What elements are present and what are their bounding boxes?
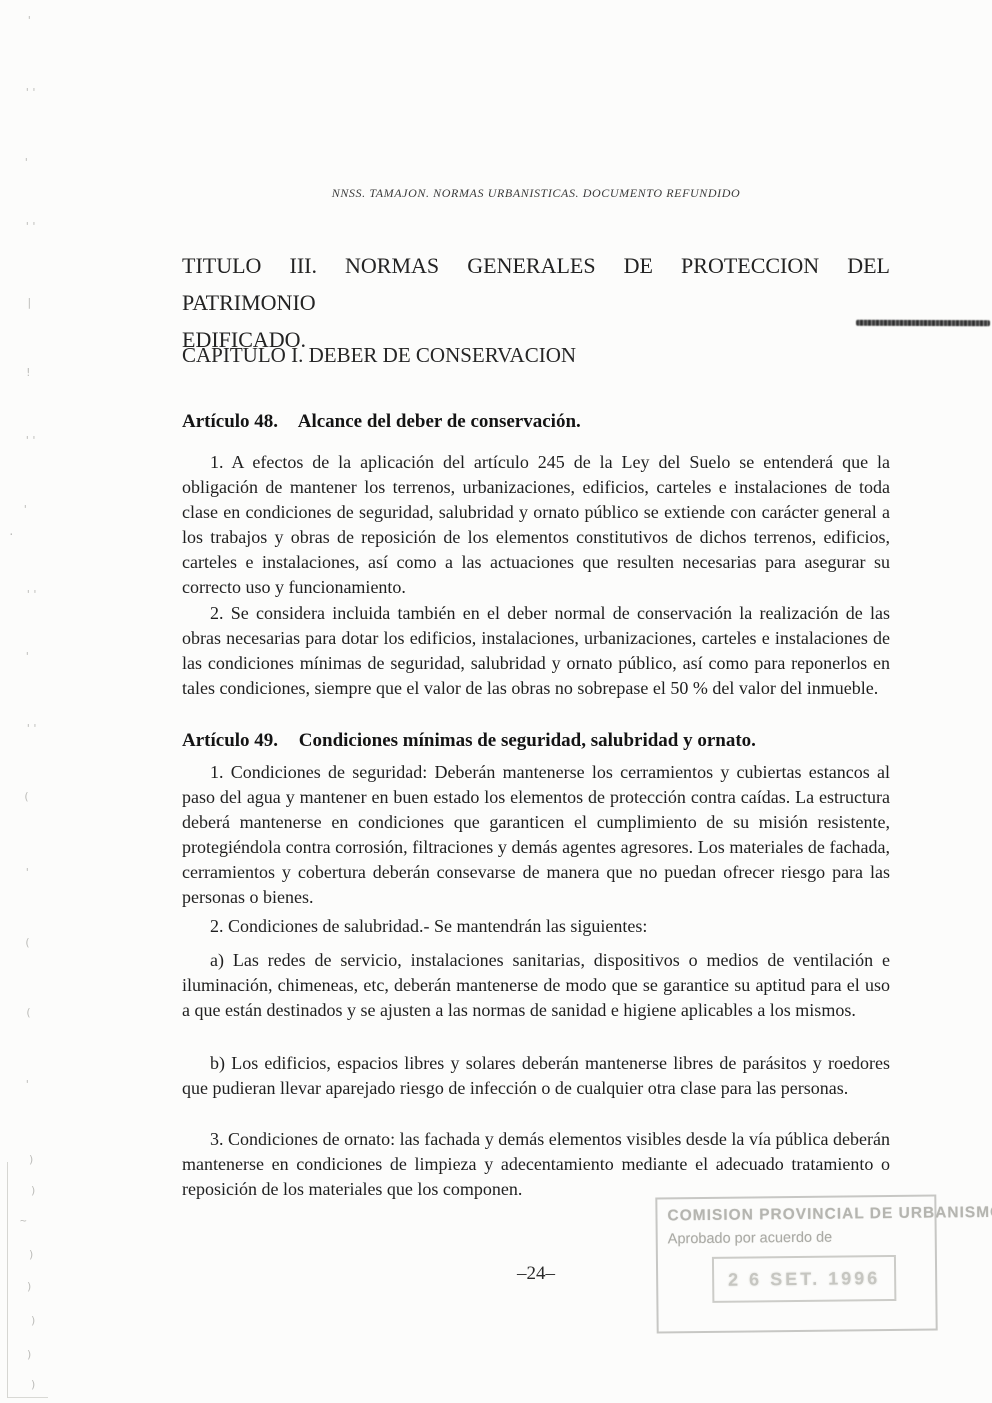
scan-edge-mark: '' xyxy=(24,220,37,233)
scan-edge-mark: | xyxy=(26,296,33,309)
scan-edge-mark: ( xyxy=(24,936,31,949)
article-48-paragraph-1: 1. A efectos de la aplicación del artícu… xyxy=(182,450,890,600)
scan-edge-mark: ! xyxy=(25,366,32,379)
article-49-paragraph-3b: b) Los edificios, espacios libres y sola… xyxy=(182,1051,890,1101)
ink-smudge-artifact xyxy=(856,320,990,326)
document-page: NNSS. TAMAJON. NORMAS URBANISTICAS. DOCU… xyxy=(0,0,992,1403)
scan-edge-mark: . xyxy=(8,525,15,538)
scan-edge-mark: ' xyxy=(22,503,29,516)
stamp-date-box: 2 6 SET. 1996 xyxy=(712,1255,896,1303)
scan-edge-line xyxy=(7,1162,8,1398)
scan-edge-mark: ) xyxy=(26,1348,33,1361)
stamp-title: COMISION PROVINCIAL DE URBANISMO xyxy=(667,1205,934,1226)
scan-edge-mark: ) xyxy=(30,1378,37,1391)
scan-edge-mark: ' xyxy=(23,156,30,169)
article-48-heading: Artículo 48. Alcance del deber de conser… xyxy=(182,411,890,433)
scan-edge-mark: ' xyxy=(24,866,31,879)
scan-edge-mark: ' xyxy=(26,14,33,27)
scan-edge-mark: ( xyxy=(23,790,30,803)
scan-edge-mark: ) xyxy=(26,1280,33,1293)
article-49-paragraph-1: 1. Condiciones de seguridad: Deberán man… xyxy=(182,760,890,910)
scan-edge-mark: ) xyxy=(30,1314,37,1327)
scan-edge-mark: '' xyxy=(25,588,38,601)
approval-stamp: COMISION PROVINCIAL DE URBANISMO Aprobad… xyxy=(655,1195,937,1334)
document-title: TITULO III. NORMAS GENERALES DE PROTECCI… xyxy=(182,247,890,358)
article-49-paragraph-2: 2. Condiciones de salubridad.- Se manten… xyxy=(182,914,890,939)
article-48-title: Alcance del deber de conservación. xyxy=(298,411,581,432)
article-49-paragraph-4: 3. Condiciones de ornato: las fachada y … xyxy=(182,1127,890,1202)
article-48-paragraph-2: 2. Se considera incluida también en el d… xyxy=(182,601,890,701)
scan-edge-mark: ' xyxy=(24,650,31,663)
scan-edge-mark: '' xyxy=(25,722,38,735)
scan-edge-mark: ) xyxy=(28,1248,35,1261)
article-49-title: Condiciones mínimas de seguridad, salubr… xyxy=(299,730,756,751)
scan-edge-mark: '' xyxy=(24,434,37,447)
scan-edge-mark: ) xyxy=(28,1153,35,1166)
document-title-line1: TITULO III. NORMAS GENERALES DE PROTECCI… xyxy=(182,247,890,321)
scan-edge-mark: ( xyxy=(25,1006,32,1019)
scan-edge-mark: ~ xyxy=(20,1214,27,1227)
chapter-heading: CAPITULO I. DEBER DE CONSERVACION xyxy=(182,343,890,368)
scan-edge-mark: ' xyxy=(24,1078,31,1091)
article-48-number: Artículo 48. xyxy=(182,411,278,432)
scan-edge-corner-mark xyxy=(8,1397,48,1398)
running-header: NNSS. TAMAJON. NORMAS URBANISTICAS. DOCU… xyxy=(182,186,890,201)
article-49-paragraph-3a: a) Las redes de servicio, instalaciones … xyxy=(182,948,890,1023)
scan-edge-mark: ) xyxy=(30,1184,37,1197)
article-49-number: Artículo 49. xyxy=(182,730,278,751)
stamp-date: 2 6 SET. 1996 xyxy=(728,1268,880,1290)
scan-edge-mark: '' xyxy=(24,86,37,99)
stamp-subtitle: Aprobado por acuerdo de xyxy=(668,1229,935,1248)
article-49-heading: Artículo 49. Condiciones mínimas de segu… xyxy=(182,730,890,752)
